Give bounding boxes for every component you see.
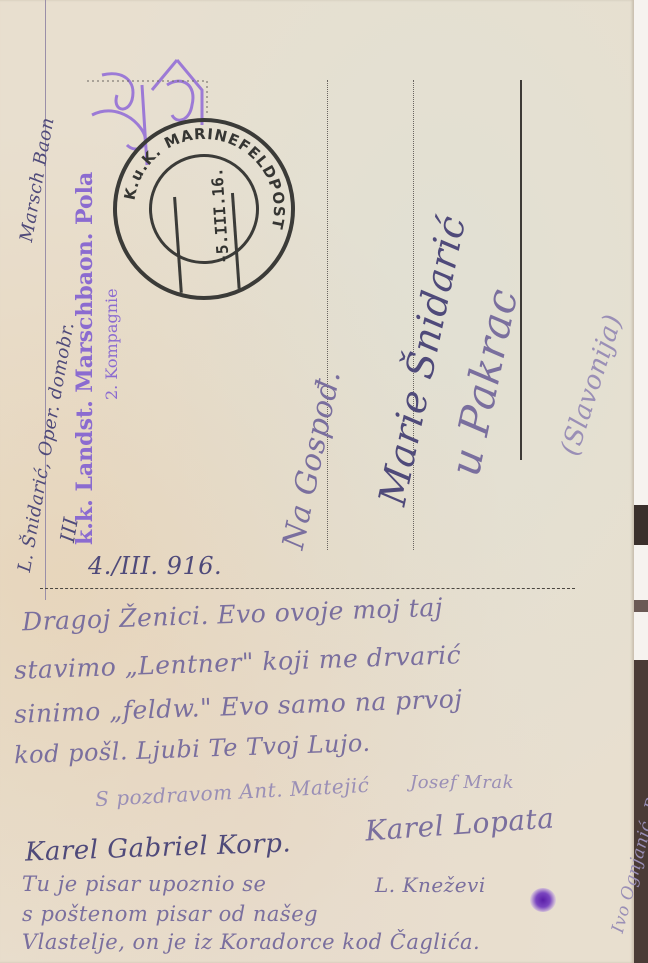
signature-josef: Josef Mrak	[410, 772, 514, 793]
signature-karel-lopata: Karel Lopata	[364, 801, 555, 847]
address-prefix: Na	[276, 501, 320, 552]
signature-l-knezevi: L. Kneževi	[375, 873, 486, 897]
message-line: stavimo „Lentner" koji me drvarić	[14, 640, 462, 685]
address-line1-text: Gospođ.	[287, 367, 348, 498]
message-line: sinimo „feldw." Evo samo na prvoj	[14, 684, 463, 729]
ink-blot	[530, 888, 556, 912]
postmark: K.u.K. MARINEFELDPOST -5.III.16.	[107, 112, 301, 306]
signature-karel-gabriel: Karel Gabriel Korp.	[25, 828, 292, 867]
sender-margin-line1: Marsch Baon	[16, 116, 59, 244]
message-line: kod pošl. Ljubi Te Tvoj Lujo.	[14, 729, 371, 769]
message-line: Dragoj Ženici. Evo ovoje moj taj	[22, 593, 444, 637]
signature-greeting: S pozdravom Ant. Matejić	[95, 773, 370, 811]
postcard: k.k. Landst. Marschbaon. Pola 2. Kompagn…	[0, 0, 634, 963]
postmark-date: -5.III.16.	[207, 167, 233, 264]
sender-roman-numeral: III	[55, 515, 83, 544]
unit-stamp-line1: k.k. Landst. Marschbaon. Pola	[72, 172, 98, 545]
postscript-line: Tu je pisar upoznio se	[22, 872, 266, 896]
address-dotted-line	[327, 80, 328, 550]
address-solid-line	[520, 80, 522, 460]
date-line: 4./III. 916.	[88, 552, 222, 580]
address-region: (Slavonija)	[555, 311, 629, 459]
postscript-line: s poštenom pisar od našeg	[22, 902, 318, 926]
scanner-edge-shadow	[632, 505, 648, 545]
unit-stamp-line2: 2. Kompagnie	[102, 288, 121, 400]
message-divider-line	[40, 588, 575, 589]
address-line1: Na Gospođ.	[276, 367, 348, 552]
postscript-line: Vlastelje, on je iz Koradorce kod Čaglić…	[22, 930, 480, 954]
scanner-edge-shadow	[632, 600, 648, 612]
